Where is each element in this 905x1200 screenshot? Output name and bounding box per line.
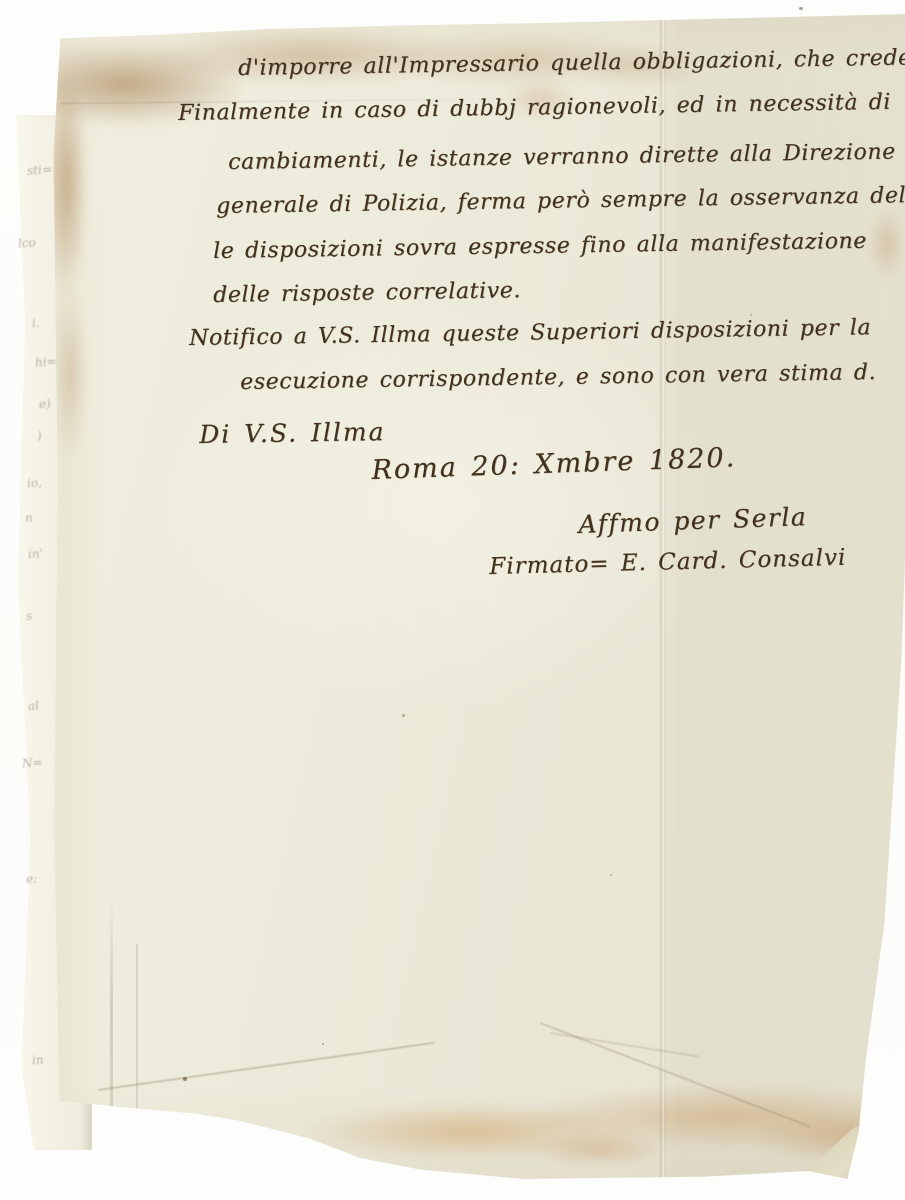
margin-fragment: hi= (35, 354, 58, 369)
ink-speck (750, 314, 752, 316)
letter-line: delle risposte correlative. (213, 278, 521, 308)
ink-speck (322, 1043, 324, 1045)
salutation-line: Di V.S. Illma (199, 417, 386, 449)
margin-fragment: in (32, 1053, 45, 1068)
margin-fragment: s (26, 609, 33, 623)
margin-fragment: i. (32, 316, 41, 331)
margin-fragment: al (28, 699, 40, 714)
margin-fragment: e) (39, 397, 52, 412)
ink-speck (402, 714, 405, 717)
margin-fragment: sti= (27, 162, 53, 178)
margin-fragment: io, (27, 475, 43, 490)
margin-fragment: N= (22, 755, 43, 770)
margin-fragment: lco (18, 235, 37, 250)
margin-fragment: n (25, 511, 34, 526)
margin-fragment: ) (37, 429, 43, 443)
manuscript-photo: sti= lco i. hi= e) ) io, n in' s al N= e… (0, 0, 905, 1200)
margin-fragment: e: (26, 872, 38, 887)
background-speck (799, 7, 803, 10)
ink-speck (183, 1077, 187, 1081)
ink-speck (610, 874, 612, 876)
margin-fragment: in' (28, 546, 44, 561)
